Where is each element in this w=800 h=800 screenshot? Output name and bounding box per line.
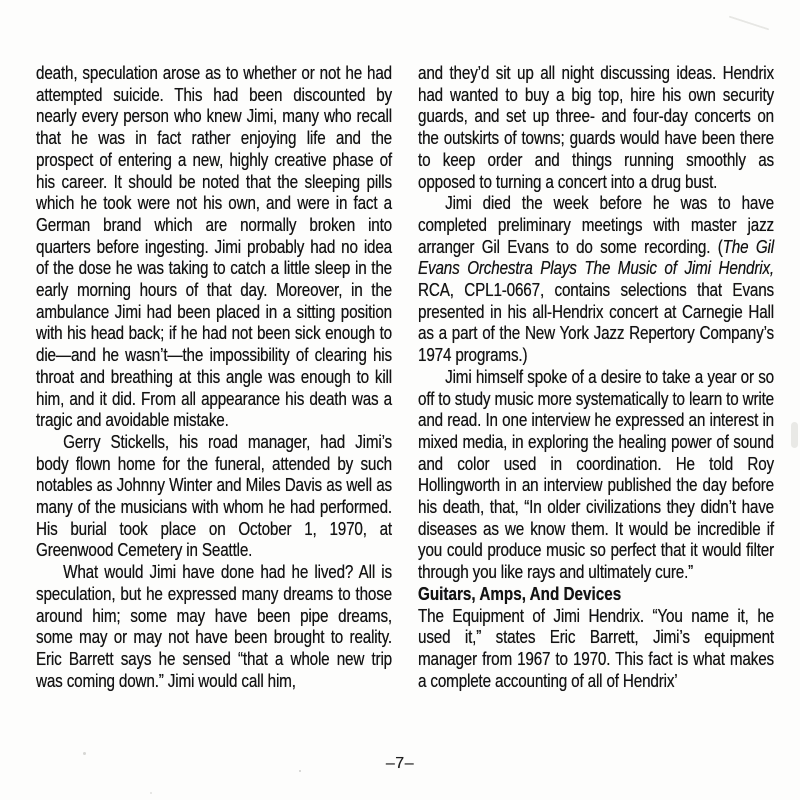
text-run: Jimi himself spoke of a desire to take a… [418, 367, 774, 582]
body-paragraph: and they’d sit up all night discussing i… [418, 63, 774, 193]
scan-speck [150, 792, 152, 794]
text-run: Guitars, Amps, And Devices [418, 584, 621, 604]
text-run: The Equipment of Jimi Hendrix. “You name… [418, 606, 774, 691]
scan-scratch [729, 16, 770, 31]
body-paragraph: What would Jimi have done had he lived? … [36, 562, 392, 692]
body-paragraph: Gerry Stickells, his road manager, had J… [36, 432, 392, 562]
right-column-text: and they’d sit up all night discussing i… [418, 63, 774, 692]
scan-speck [299, 770, 301, 772]
left-column: death, speculation arose as to whether o… [36, 63, 392, 692]
page-number: –7– [386, 755, 414, 772]
text-run: and they’d sit up all night discussing i… [418, 63, 774, 192]
body-paragraph: Jimi himself spoke of a desire to take a… [418, 367, 774, 584]
text-run: death, speculation arose as to whether o… [36, 63, 392, 430]
scanned-page: death, speculation arose as to whether o… [0, 0, 800, 800]
text-run: Gerry Stickells, his road manager, had J… [36, 432, 392, 561]
body-paragraph: Jimi died the week before he was to have… [418, 193, 774, 367]
text-run: RCA, CPL1-0667, contains selections that… [418, 280, 774, 365]
page-footer: –7– [0, 755, 800, 773]
right-column: and they’d sit up all night discussing i… [418, 63, 774, 692]
body-paragraph: The Equipment of Jimi Hendrix. “You name… [418, 606, 774, 693]
left-column-text: death, speculation arose as to whether o… [36, 63, 392, 692]
body-paragraph: death, speculation arose as to whether o… [36, 63, 392, 432]
scan-smudge [791, 422, 798, 448]
text-run: Jimi died the week before he was to have… [418, 193, 774, 256]
scan-speck [83, 752, 86, 755]
text-run: What would Jimi have done had he lived? … [36, 562, 392, 691]
section-heading: Guitars, Amps, And Devices [418, 584, 774, 606]
